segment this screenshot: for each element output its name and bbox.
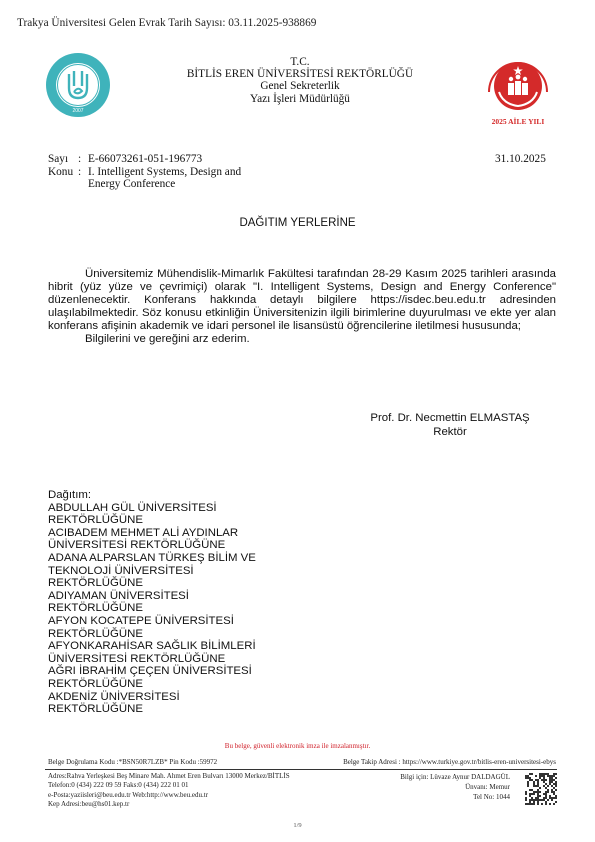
list-item: REKTÖRLÜĞÜNE xyxy=(48,602,288,615)
kep-line: Kep Adresi:beu@hs01.kep.tr xyxy=(48,800,290,809)
svg-text:2025 AİLE YILI: 2025 AİLE YILI xyxy=(492,116,545,126)
list-item: REKTÖRLÜĞÜNE xyxy=(48,628,288,641)
letterhead-line: Genel Sekreterlik xyxy=(150,80,450,92)
addressee: DAĞITIM YERLERİNE xyxy=(0,217,595,229)
distribution-label: Dağıtım: xyxy=(48,489,288,502)
footer-contact: Bilgi için: Lüvaze Aynur DALDAGÜL Ünvanı… xyxy=(380,772,510,802)
list-item: REKTÖRLÜĞÜNE xyxy=(48,514,288,527)
list-item: AĞRI İBRAHİM ÇEÇEN ÜNİVERSİTESİ xyxy=(48,665,288,678)
incoming-document-stamp: Trakya Üniversitesi Gelen Evrak Tarih Sa… xyxy=(17,17,316,29)
signatory-name: Prof. Dr. Necmettin ELMASTAŞ xyxy=(340,411,560,425)
phone-line: Telefon:0 (434) 222 09 59 Faks:0 (434) 2… xyxy=(48,781,290,790)
letter-body: Üniversitemiz Mühendislik-Mimarlık Fakül… xyxy=(48,268,556,345)
list-item: ADIYAMAN ÜNİVERSİTESİ xyxy=(48,590,288,603)
footer-address: Adres:Rahva Yerleşkesi Beş Minare Mah. A… xyxy=(48,772,290,809)
list-item: ABDULLAH GÜL ÜNİVERSİTESİ xyxy=(48,502,288,515)
document-date: 31.10.2025 xyxy=(495,153,546,165)
contact-person: Bilgi için: Lüvaze Aynur DALDAGÜL xyxy=(380,772,510,782)
esignature-notice: Bu belge, güvenli elektronik imza ile im… xyxy=(0,742,595,750)
family-year-logo: 2025 AİLE YILI xyxy=(477,52,559,128)
konu-value: I. Intelligent Systems, Design and xyxy=(88,166,241,179)
document-meta: Sayı : E-66073261-051-196773 Konu : I. I… xyxy=(48,153,241,191)
list-item: TEKNOLOJİ ÜNİVERSİTESİ xyxy=(48,565,288,578)
body-paragraph: Üniversitemiz Mühendislik-Mimarlık Fakül… xyxy=(48,268,556,333)
konu-label: Konu xyxy=(48,166,78,179)
letterhead-line: BİTLİS EREN ÜNİVERSİTESİ REKTÖRLÜĞÜ xyxy=(150,68,450,80)
verification-code: Belge Doğrulama Kodu :*BSN50R7LZB* Pin K… xyxy=(48,758,217,766)
list-item: REKTÖRLÜĞÜNE xyxy=(48,678,288,691)
list-item: ÜNİVERSİTESİ REKTÖRLÜĞÜNE xyxy=(48,653,288,666)
sayi-value: E-66073261-051-196773 xyxy=(88,153,202,166)
konu-value-cont: Energy Conference xyxy=(88,178,175,191)
verification-row: Belge Doğrulama Kodu :*BSN50R7LZB* Pin K… xyxy=(48,758,556,766)
list-item: REKTÖRLÜĞÜNE xyxy=(48,577,288,590)
tracking-address[interactable]: Belge Takip Adresi : https://www.turkiye… xyxy=(343,758,556,766)
list-item: AFYONKARAHİSAR SAĞLIK BİLİMLERİ xyxy=(48,640,288,653)
signature-block: Prof. Dr. Necmettin ELMASTAŞ Rektör xyxy=(340,411,560,439)
footer-divider xyxy=(45,769,557,770)
sayi-label: Sayı xyxy=(48,153,78,166)
qr-code-icon xyxy=(525,773,557,805)
list-item: ACIBADEM MEHMET ALİ AYDINLAR xyxy=(48,527,288,540)
list-item: AKDENİZ ÜNİVERSİTESİ xyxy=(48,691,288,704)
letterhead-line: Yazı İşleri Müdürlüğü xyxy=(150,93,450,105)
page-number: 1/9 xyxy=(0,822,595,829)
letterhead: T.C. BİTLİS EREN ÜNİVERSİTESİ REKTÖRLÜĞÜ… xyxy=(150,56,450,105)
address-line: Adres:Rahva Yerleşkesi Beş Minare Mah. A… xyxy=(48,772,290,781)
separator: : xyxy=(78,153,88,166)
email-web-line[interactable]: e-Posta:yaziisleri@beu.edu.tr Web:http:/… xyxy=(48,791,290,800)
list-item: AFYON KOCATEPE ÜNİVERSİTESİ xyxy=(48,615,288,628)
separator: : xyxy=(78,166,88,179)
list-item: REKTÖRLÜĞÜNE xyxy=(48,703,288,716)
svg-text:2007: 2007 xyxy=(72,108,83,114)
body-closing: Bilgilerini ve gereğini arz ederim. xyxy=(48,333,556,346)
distribution-list: Dağıtım: ABDULLAH GÜL ÜNİVERSİTESİ REKTÖ… xyxy=(48,489,288,716)
list-item: ÜNİVERSİTESİ REKTÖRLÜĞÜNE xyxy=(48,539,288,552)
contact-phone: Tel No: 1044 xyxy=(380,792,510,802)
list-item: ADANA ALPARSLAN TÜRKEŞ BİLİM VE xyxy=(48,552,288,565)
letterhead-line: T.C. xyxy=(150,56,450,68)
university-logo: 2007 xyxy=(45,52,111,118)
signatory-title: Rektör xyxy=(340,425,560,439)
contact-title: Ünvanı: Memur xyxy=(380,782,510,792)
